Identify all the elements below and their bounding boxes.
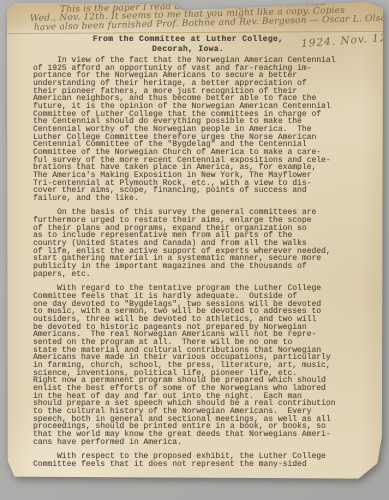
paragraph-3: With regard to the tentative program the…: [33, 285, 367, 446]
heading-from-line: From the Committee at Luther College,: [7, 35, 369, 45]
paragraph-4: With respect to the proposed exhibit, th…: [33, 453, 367, 468]
heading-place-line: Decorah, Iowa.: [7, 45, 369, 55]
scan-background: This is the paper I read at our meeting …: [0, 0, 389, 500]
paragraph-2: On the basis of this survey the general …: [33, 209, 367, 278]
document-page: This is the paper I read at our meeting …: [7, 1, 383, 480]
letter-body: In view of the fact that the Norwegian A…: [33, 57, 367, 475]
document-page-wrap: This is the paper I read at our meeting …: [7, 1, 383, 480]
paragraph-1: In view of the fact that the Norwegian A…: [33, 57, 367, 202]
letter-heading: From the Committee at Luther College, De…: [7, 35, 369, 54]
